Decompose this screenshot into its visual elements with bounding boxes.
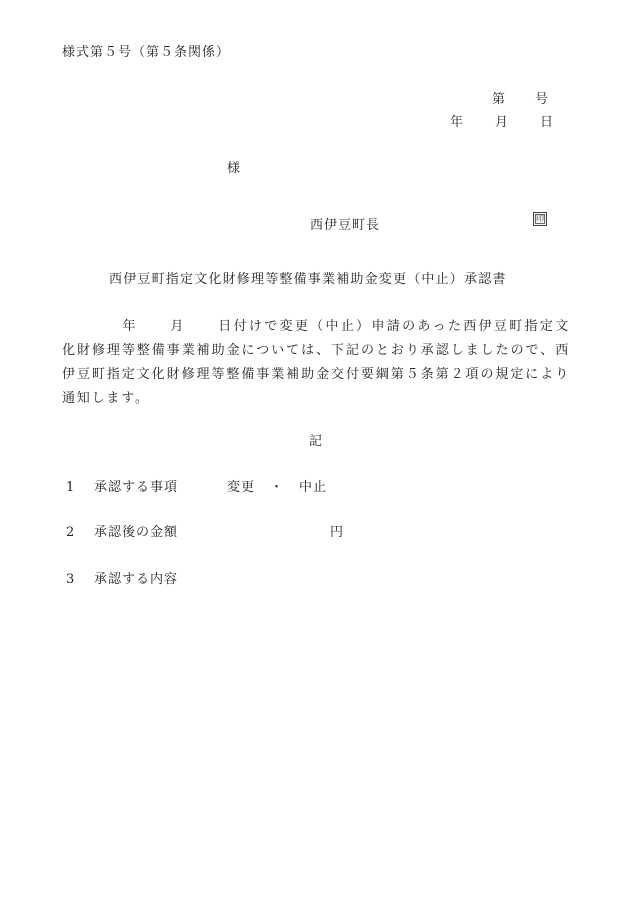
date-year: 年 <box>450 111 463 130</box>
body-paragraph: 年月日付けで変更（中止）申請のあった西伊豆町指定文化財修理等整備事業補助金につい… <box>62 315 570 411</box>
seal-icon: 印 <box>533 212 547 226</box>
document-title: 西伊豆町指定文化財修理等整備事業補助金変更（中止）承認書 <box>109 268 507 287</box>
addressee-suffix: 様 <box>227 157 240 176</box>
document-number-prefix: 第 <box>492 88 505 107</box>
item-approved-matter: 1承認する事項 <box>66 476 178 495</box>
document-number-suffix: 号 <box>535 88 548 107</box>
seal-icon-glyph: 印 <box>535 214 545 224</box>
item-label: 承認後の金額 <box>94 525 178 540</box>
item-number: 3 <box>66 572 94 587</box>
ki-heading: 記 <box>309 430 322 449</box>
item-number: 2 <box>66 525 94 540</box>
item-approved-content: 3承認する内容 <box>66 568 178 587</box>
item-approved-amount: 2承認後の金額 <box>66 521 178 540</box>
option-change: 変更 <box>227 480 255 495</box>
body-month: 月 <box>170 319 186 334</box>
issuer-name: 西伊豆町長 <box>310 214 380 233</box>
document-date-line: 年月日 <box>450 111 553 130</box>
item-label: 承認する事項 <box>94 480 178 495</box>
item-number: 1 <box>66 480 94 495</box>
item-label: 承認する内容 <box>94 572 178 587</box>
document-number-line: 第号 <box>492 88 548 107</box>
date-month: 月 <box>495 111 508 130</box>
body-year: 年 <box>122 319 138 334</box>
item-approved-matter-options: 変更・中止 <box>227 476 327 495</box>
option-cancel: 中止 <box>299 480 327 495</box>
amount-unit-yen: 円 <box>330 521 343 540</box>
body-text: 日付けで変更（中止）申請のあった西伊豆町指定文化財修理等整備事業補助金については… <box>62 319 570 406</box>
form-label: 様式第５号（第５条関係） <box>62 41 230 60</box>
option-separator: ・ <box>255 476 299 495</box>
date-day: 日 <box>540 111 553 130</box>
